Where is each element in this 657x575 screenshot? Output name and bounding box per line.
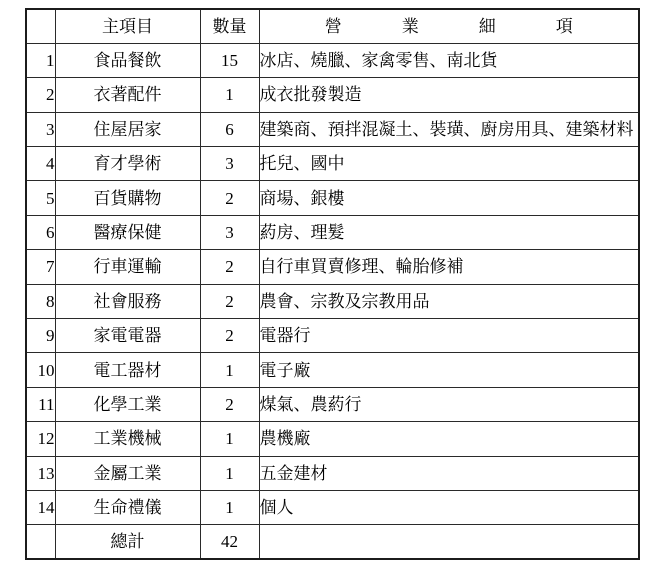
category-cell: 社會服務 [55,284,200,318]
detail-cell: 電子廠 [259,353,639,387]
header-quantity-cell: 數量 [200,9,259,43]
business-category-table: 主項目 數量 營業細項 1 食品餐飲 15 冰店、燒臘、家禽零售、南北貨 2 衣… [25,8,640,560]
category-cell: 百貨購物 [55,181,200,215]
category-cell: 醫療保健 [55,215,200,249]
category-cell: 食品餐飲 [55,43,200,77]
category-cell: 住屋居家 [55,112,200,146]
detail-cell: 電器行 [259,319,639,353]
quantity-cell: 1 [200,490,259,524]
header-detail-label: 營業細項 [325,17,633,36]
category-cell: 化學工業 [55,387,200,421]
total-label-cell: 總計 [55,525,200,559]
header-category-cell: 主項目 [55,9,200,43]
row-number-cell: 8 [26,284,55,318]
table-row: 5 百貨購物 2 商場、銀樓 [26,181,639,215]
quantity-cell: 3 [200,147,259,181]
category-cell: 衣著配件 [55,78,200,112]
detail-cell: 成衣批發製造 [259,78,639,112]
detail-cell: 五金建材 [259,456,639,490]
category-cell: 育才學術 [55,147,200,181]
table-row: 8 社會服務 2 農會、宗教及宗教用品 [26,284,639,318]
table-row: 9 家電電器 2 電器行 [26,319,639,353]
category-cell: 家電電器 [55,319,200,353]
quantity-cell: 15 [200,43,259,77]
quantity-cell: 2 [200,284,259,318]
row-number-cell: 3 [26,112,55,146]
table-row: 10 電工器材 1 電子廠 [26,353,639,387]
quantity-cell: 2 [200,319,259,353]
detail-cell: 自行車買賣修理、輪胎修補 [259,250,639,284]
header-detail-cell: 營業細項 [259,9,639,43]
quantity-cell: 2 [200,387,259,421]
row-number-cell: 7 [26,250,55,284]
table-row: 11 化學工業 2 煤氣、農葯行 [26,387,639,421]
quantity-cell: 1 [200,78,259,112]
row-number-cell: 5 [26,181,55,215]
header-empty-cell [26,9,55,43]
row-number-cell: 4 [26,147,55,181]
table-row: 14 生命禮儀 1 個人 [26,490,639,524]
total-quantity-cell: 42 [200,525,259,559]
total-row: 總計 42 [26,525,639,559]
row-number-cell: 6 [26,215,55,249]
quantity-cell: 1 [200,422,259,456]
quantity-cell: 2 [200,250,259,284]
quantity-cell: 1 [200,456,259,490]
table-row: 1 食品餐飲 15 冰店、燒臘、家禽零售、南北貨 [26,43,639,77]
quantity-cell: 1 [200,353,259,387]
row-number-cell: 11 [26,387,55,421]
table-row: 6 醫療保健 3 葯房、理髮 [26,215,639,249]
quantity-cell: 2 [200,181,259,215]
detail-cell: 煤氣、農葯行 [259,387,639,421]
table-row: 7 行車運輸 2 自行車買賣修理、輪胎修補 [26,250,639,284]
row-number-cell: 14 [26,490,55,524]
total-empty-cell [26,525,55,559]
quantity-cell: 3 [200,215,259,249]
total-detail-cell [259,525,639,559]
category-cell: 金屬工業 [55,456,200,490]
detail-cell: 冰店、燒臘、家禽零售、南北貨 [259,43,639,77]
detail-cell: 個人 [259,490,639,524]
table-row: 13 金屬工業 1 五金建材 [26,456,639,490]
quantity-cell: 6 [200,112,259,146]
row-number-cell: 10 [26,353,55,387]
detail-cell: 農機廠 [259,422,639,456]
row-number-cell: 1 [26,43,55,77]
detail-cell: 農會、宗教及宗教用品 [259,284,639,318]
category-cell: 行車運輸 [55,250,200,284]
table-row: 4 育才學術 3 托兒、國中 [26,147,639,181]
document-page: 主項目 數量 營業細項 1 食品餐飲 15 冰店、燒臘、家禽零售、南北貨 2 衣… [0,0,657,575]
table-row: 2 衣著配件 1 成衣批發製造 [26,78,639,112]
row-number-cell: 9 [26,319,55,353]
table-row: 3 住屋居家 6 建築商、預拌混凝土、裝璜、廚房用具、建築材料 [26,112,639,146]
detail-cell: 葯房、理髮 [259,215,639,249]
category-cell: 生命禮儀 [55,490,200,524]
category-cell: 電工器材 [55,353,200,387]
row-number-cell: 12 [26,422,55,456]
table-row: 12 工業機械 1 農機廠 [26,422,639,456]
category-cell: 工業機械 [55,422,200,456]
detail-cell: 建築商、預拌混凝土、裝璜、廚房用具、建築材料 [259,112,639,146]
header-row: 主項目 數量 營業細項 [26,9,639,43]
detail-cell: 商場、銀樓 [259,181,639,215]
row-number-cell: 13 [26,456,55,490]
detail-cell: 托兒、國中 [259,147,639,181]
row-number-cell: 2 [26,78,55,112]
